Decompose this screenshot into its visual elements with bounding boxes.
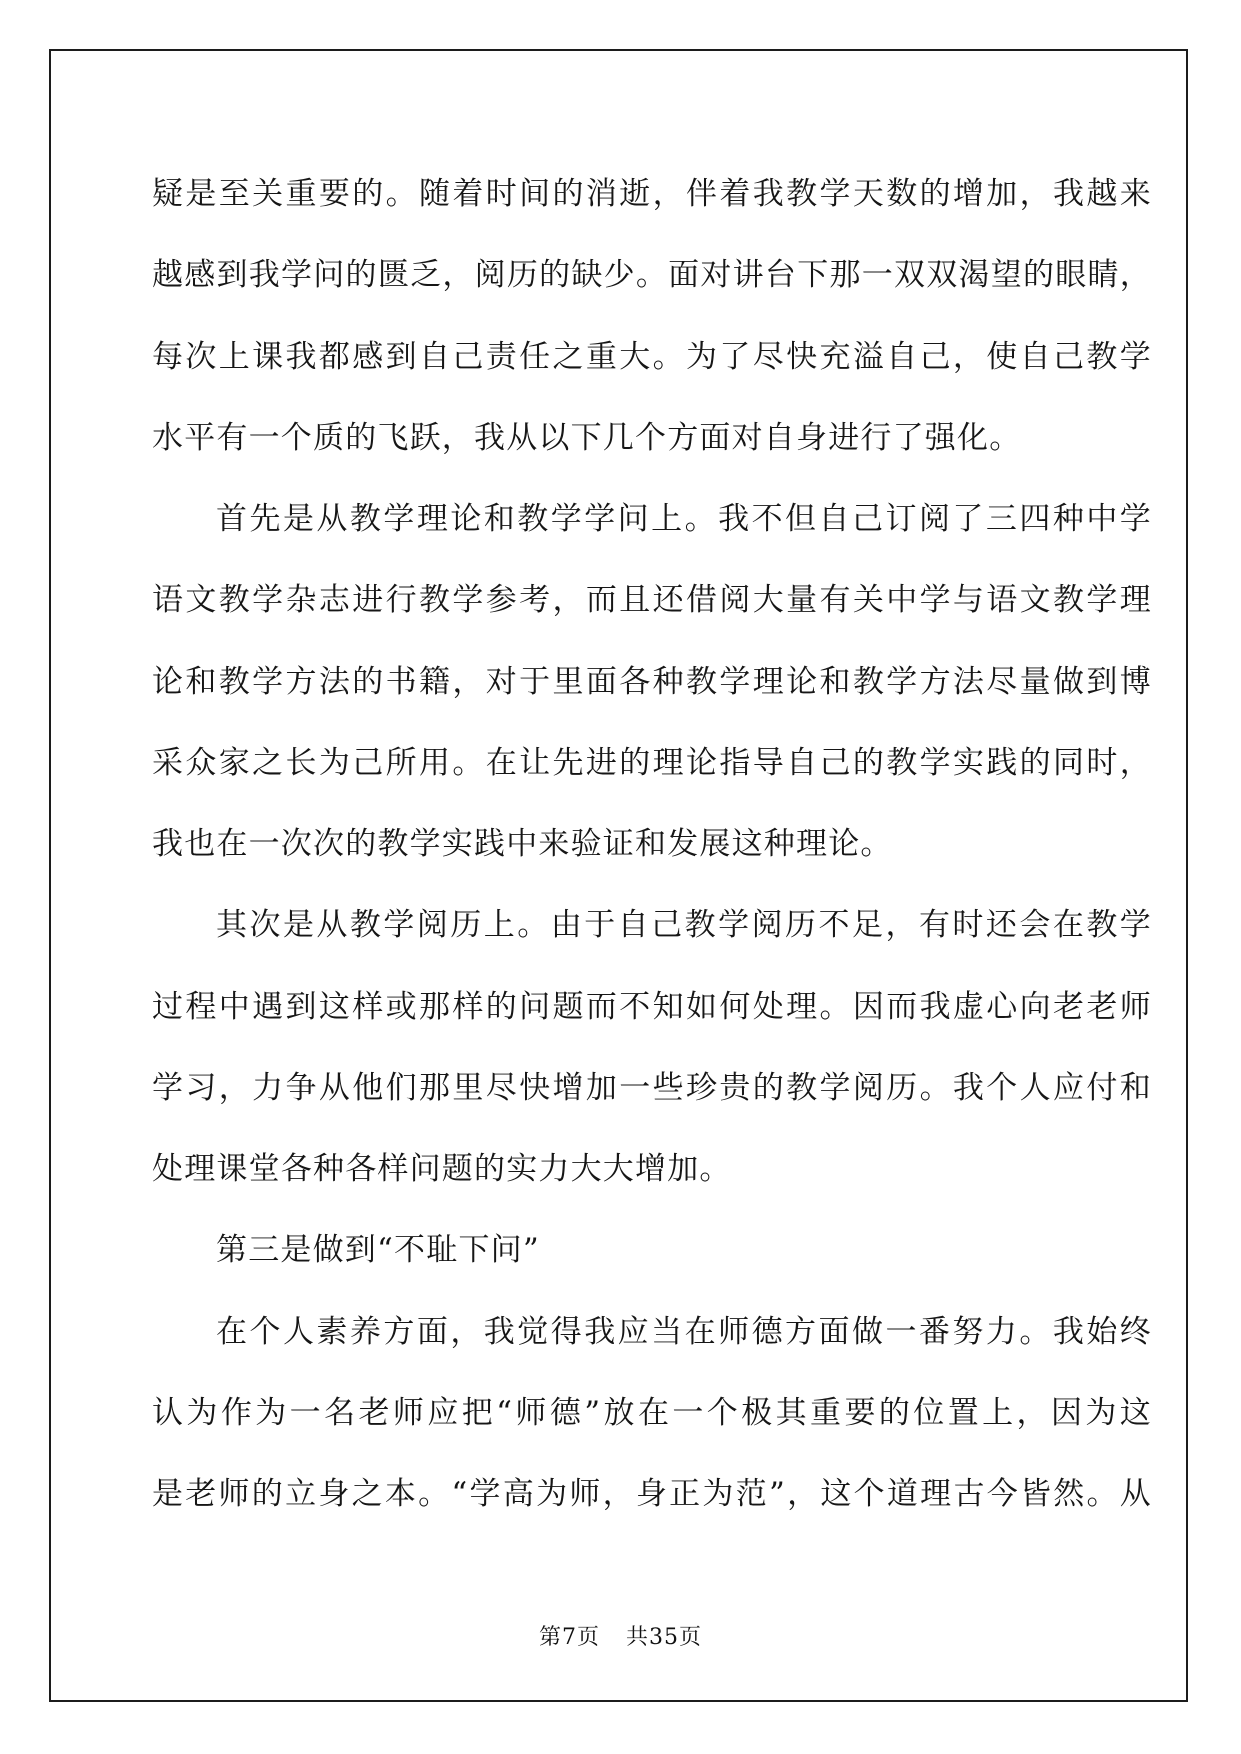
text-line: 处理课堂各种各样问题的实力大大增加。 <box>152 1129 1152 1210</box>
text-line: 每次上课我都感到自己责任之重大。为了尽快充溢自己，使自己教学 <box>152 317 1152 398</box>
text-line: 我也在一次次的教学实践中来验证和发展这种理论。 <box>152 804 1152 885</box>
text-line: 首先是从教学理论和教学学问上。我不但自己订阅了三四种中学 <box>152 479 1152 560</box>
text-line: 其次是从教学阅历上。由于自己教学阅历不足，有时还会在教学 <box>152 885 1152 966</box>
total-pages: 共35页 <box>626 1620 702 1656</box>
text-line: 是老师的立身之本。“学高为师，身正为范”，这个道理古今皆然。从 <box>152 1454 1152 1535</box>
document-body: 疑是至关重要的。随着时间的消逝，伴着我教学天数的增加，我越来 越感到我学问的匮乏… <box>152 154 1152 1535</box>
page-footer: 第7页 共35页 <box>0 1620 1241 1656</box>
document-page: 疑是至关重要的。随着时间的消逝，伴着我教学天数的增加，我越来 越感到我学问的匮乏… <box>0 0 1241 1754</box>
page-number: 第7页 <box>539 1620 600 1656</box>
text-line: 疑是至关重要的。随着时间的消逝，伴着我教学天数的增加，我越来 <box>152 154 1152 235</box>
text-line: 采众家之长为己所用。在让先进的理论指导自己的教学实践的同时， <box>152 723 1152 804</box>
text-line: 过程中遇到这样或那样的问题而不知如何处理。因而我虚心向老老师 <box>152 967 1152 1048</box>
text-line: 第三是做到“不耻下问” <box>152 1210 1152 1291</box>
text-line: 认为作为一名老师应把“师德”放在一个极其重要的位置上，因为这 <box>152 1373 1152 1454</box>
text-line: 学习，力争从他们那里尽快增加一些珍贵的教学阅历。我个人应付和 <box>152 1048 1152 1129</box>
text-line: 越感到我学问的匮乏，阅历的缺少。面对讲台下那一双双渴望的眼睛， <box>152 235 1152 316</box>
text-line: 语文教学杂志进行教学参考，而且还借阅大量有关中学与语文教学理 <box>152 560 1152 641</box>
text-line: 水平有一个质的飞跃，我从以下几个方面对自身进行了强化。 <box>152 398 1152 479</box>
text-line: 论和教学方法的书籍，对于里面各种教学理论和教学方法尽量做到博 <box>152 642 1152 723</box>
text-line: 在个人素养方面，我觉得我应当在师德方面做一番努力。我始终 <box>152 1292 1152 1373</box>
